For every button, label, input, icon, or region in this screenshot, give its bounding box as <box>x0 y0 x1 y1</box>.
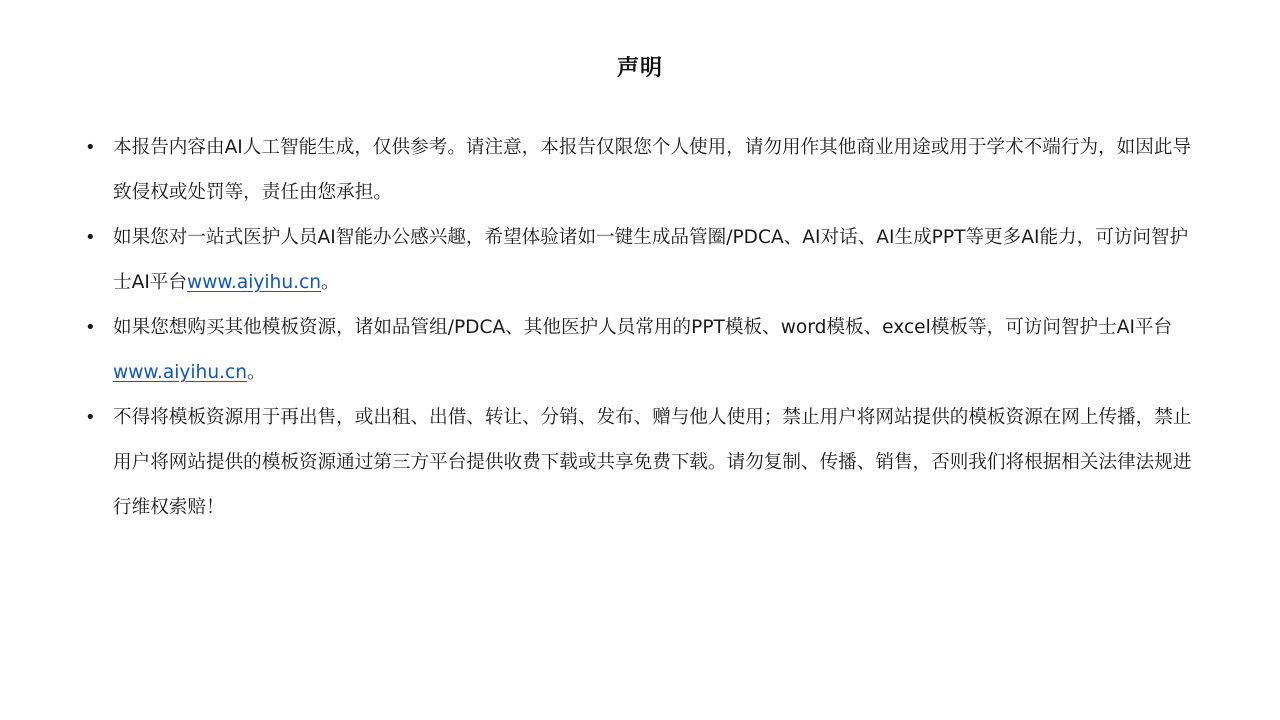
bullet-icon: • <box>85 125 113 170</box>
bullet-text-segment: 。 <box>321 272 340 293</box>
disclaimer-slide: 声明 • 本报告内容由AI人工智能生成，仅供参考。请注意，本报告仅限您个人使用，… <box>0 0 1280 720</box>
page-title: 声明 <box>0 54 1280 84</box>
list-item: • 如果您想购买其他模板资源，诸如品管组/PDCA、其他医护人员常用的PPT模板… <box>85 305 1199 395</box>
bullet-text-segment: 本报告内容由AI人工智能生成，仅供参考。请注意，本报告仅限您个人使用，请勿用作其… <box>113 137 1191 203</box>
bullet-text-segment: 。 <box>247 362 266 383</box>
bullet-list: • 本报告内容由AI人工智能生成，仅供参考。请注意，本报告仅限您个人使用，请勿用… <box>85 125 1199 530</box>
list-item: • 不得将模板资源用于再出售，或出租、出借、转让、分销、发布、赠与他人使用；禁止… <box>85 395 1199 530</box>
aiyihu-platform-link[interactable]: www.aiyihu.cn <box>187 272 321 293</box>
bullet-text-segment: 如果您想购买其他模板资源，诸如品管组/PDCA、其他医护人员常用的PPT模板、w… <box>113 317 1172 338</box>
bullet-icon: • <box>85 305 113 350</box>
list-item: • 如果您对一站式医护人员AI智能办公感兴趣，希望体验诸如一键生成品管圈/PDC… <box>85 215 1199 305</box>
bullet-icon: • <box>85 215 113 260</box>
bullet-text-segment: 不得将模板资源用于再出售，或出租、出借、转让、分销、发布、赠与他人使用；禁止用户… <box>113 407 1191 518</box>
list-item: • 本报告内容由AI人工智能生成，仅供参考。请注意，本报告仅限您个人使用，请勿用… <box>85 125 1199 215</box>
bullet-icon: • <box>85 395 113 440</box>
bullet-text: 如果您对一站式医护人员AI智能办公感兴趣，希望体验诸如一键生成品管圈/PDCA、… <box>113 215 1199 305</box>
bullet-text: 本报告内容由AI人工智能生成，仅供参考。请注意，本报告仅限您个人使用，请勿用作其… <box>113 125 1199 215</box>
aiyihu-platform-link[interactable]: www.aiyihu.cn <box>113 362 247 383</box>
bullet-text: 如果您想购买其他模板资源，诸如品管组/PDCA、其他医护人员常用的PPT模板、w… <box>113 305 1199 395</box>
bullet-text: 不得将模板资源用于再出售，或出租、出借、转让、分销、发布、赠与他人使用；禁止用户… <box>113 395 1199 530</box>
